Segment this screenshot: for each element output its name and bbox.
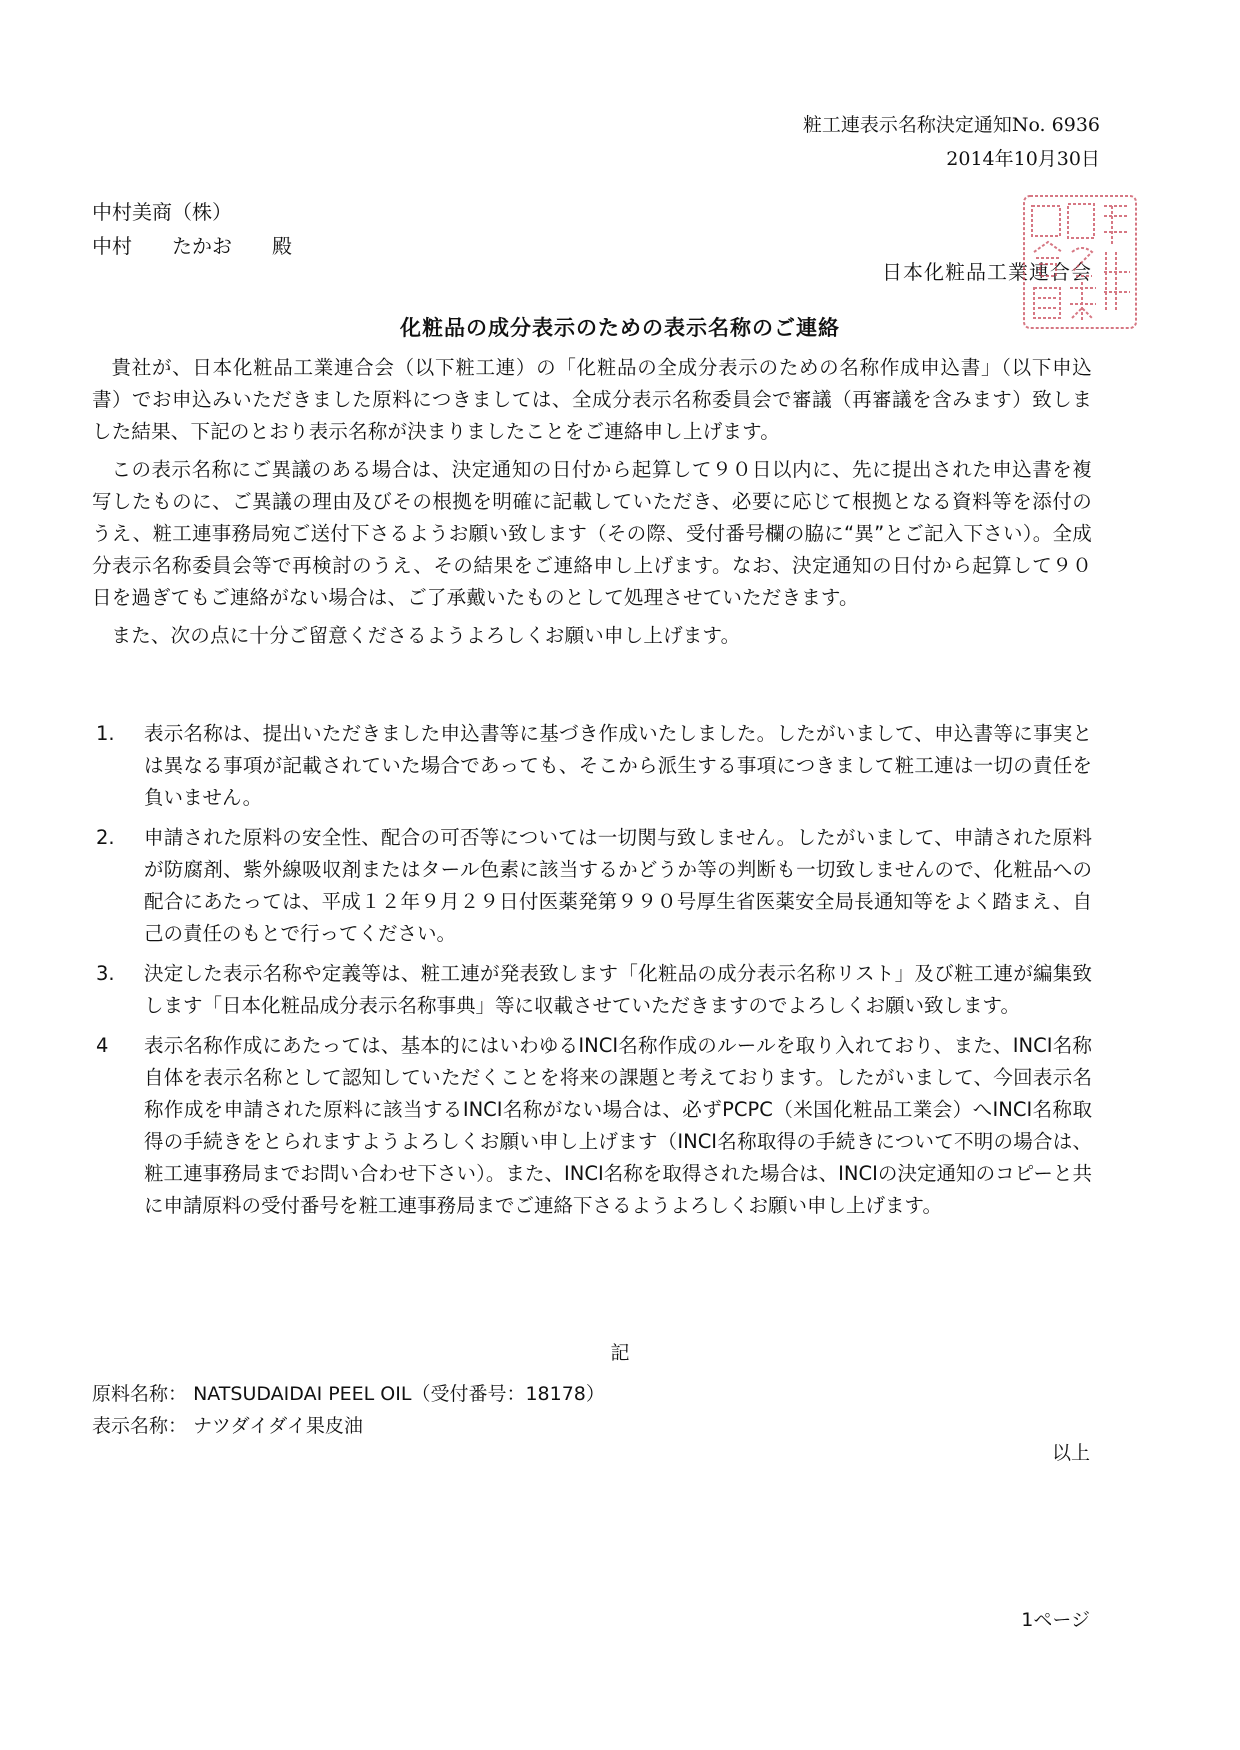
note-number: 1. (92, 718, 144, 814)
note-number: 3. (92, 958, 144, 1022)
display-name-row: 表示名称： ナツダイダイ果皮油 (92, 1410, 605, 1442)
material-name-label: 原料名称： (92, 1378, 187, 1410)
note-number: 2. (92, 822, 144, 950)
paragraph-notice: また、次の点に十分ご留意くださるようよろしくお願い申し上げます。 (92, 620, 1092, 652)
paragraph-intro: 貴社が、日本化粧品工業連合会（以下粧工連）の「化粧品の全成分表示のための名称作成… (92, 352, 1092, 448)
closing-mark: 以上 (1052, 1438, 1090, 1465)
document-title: 化粧品の成分表示のための表示名称のご連絡 (0, 312, 1240, 342)
note-item: 1. 表示名称は、提出いただきました申込書等に基づき作成いたしました。したがいま… (92, 718, 1092, 814)
notice-number: 粧工連表示名称決定通知No. 6936 (803, 108, 1100, 142)
addressee-given-name: たかお (172, 234, 232, 258)
notes-list: 1. 表示名称は、提出いただきました申込書等に基づき作成いたしました。したがいま… (92, 718, 1092, 1230)
seal-stamp-icon (1020, 192, 1140, 332)
addressee-person: 中村たかお殿 (92, 229, 292, 263)
page-number: 1ページ (1021, 1605, 1090, 1632)
note-text: 申請された原料の安全性、配合の可否等については一切関与致しません。したがいまして… (144, 822, 1092, 950)
body-paragraphs: 貴社が、日本化粧品工業連合会（以下粧工連）の「化粧品の全成分表示のための名称作成… (92, 352, 1092, 658)
material-name-row: 原料名称： NATSUDAIDAI PEEL OIL（受付番号：18178） (92, 1378, 605, 1410)
record-details: 原料名称： NATSUDAIDAI PEEL OIL（受付番号：18178） 表… (92, 1378, 605, 1442)
note-text: 決定した表示名称や定義等は、粧工連が発表致します「化粧品の成分表示名称リスト」及… (144, 958, 1092, 1022)
note-text: 表示名称作成にあたっては、基本的にはいわゆるINCI名称作成のルールを取り入れて… (144, 1030, 1092, 1222)
record-heading: 記 (0, 1338, 1240, 1365)
note-item: 4 表示名称作成にあたっては、基本的にはいわゆるINCI名称作成のルールを取り入… (92, 1030, 1092, 1222)
note-number: 4 (92, 1030, 144, 1222)
note-item: 3. 決定した表示名称や定義等は、粧工連が発表致します「化粧品の成分表示名称リス… (92, 958, 1092, 1022)
addressee: 中村美商（株） 中村たかお殿 (92, 195, 292, 263)
addressee-company: 中村美商（株） (92, 195, 292, 229)
notice-date: 2014年10月30日 (803, 142, 1100, 176)
paragraph-objection: この表示名称にご異議のある場合は、決定通知の日付から起算して９０日以内に、先に提… (92, 454, 1092, 614)
addressee-honorific: 殿 (272, 234, 292, 258)
display-name-label: 表示名称： (92, 1410, 187, 1442)
note-text: 表示名称は、提出いただきました申込書等に基づき作成いたしました。したがいまして、… (144, 718, 1092, 814)
note-item: 2. 申請された原料の安全性、配合の可否等については一切関与致しません。したがい… (92, 822, 1092, 950)
addressee-family-name: 中村 (92, 234, 132, 258)
notice-header: 粧工連表示名称決定通知No. 6936 2014年10月30日 (803, 108, 1100, 176)
display-name-value: ナツダイダイ果皮油 (193, 1415, 363, 1437)
material-name-value: NATSUDAIDAI PEEL OIL（受付番号：18178） (193, 1383, 605, 1405)
